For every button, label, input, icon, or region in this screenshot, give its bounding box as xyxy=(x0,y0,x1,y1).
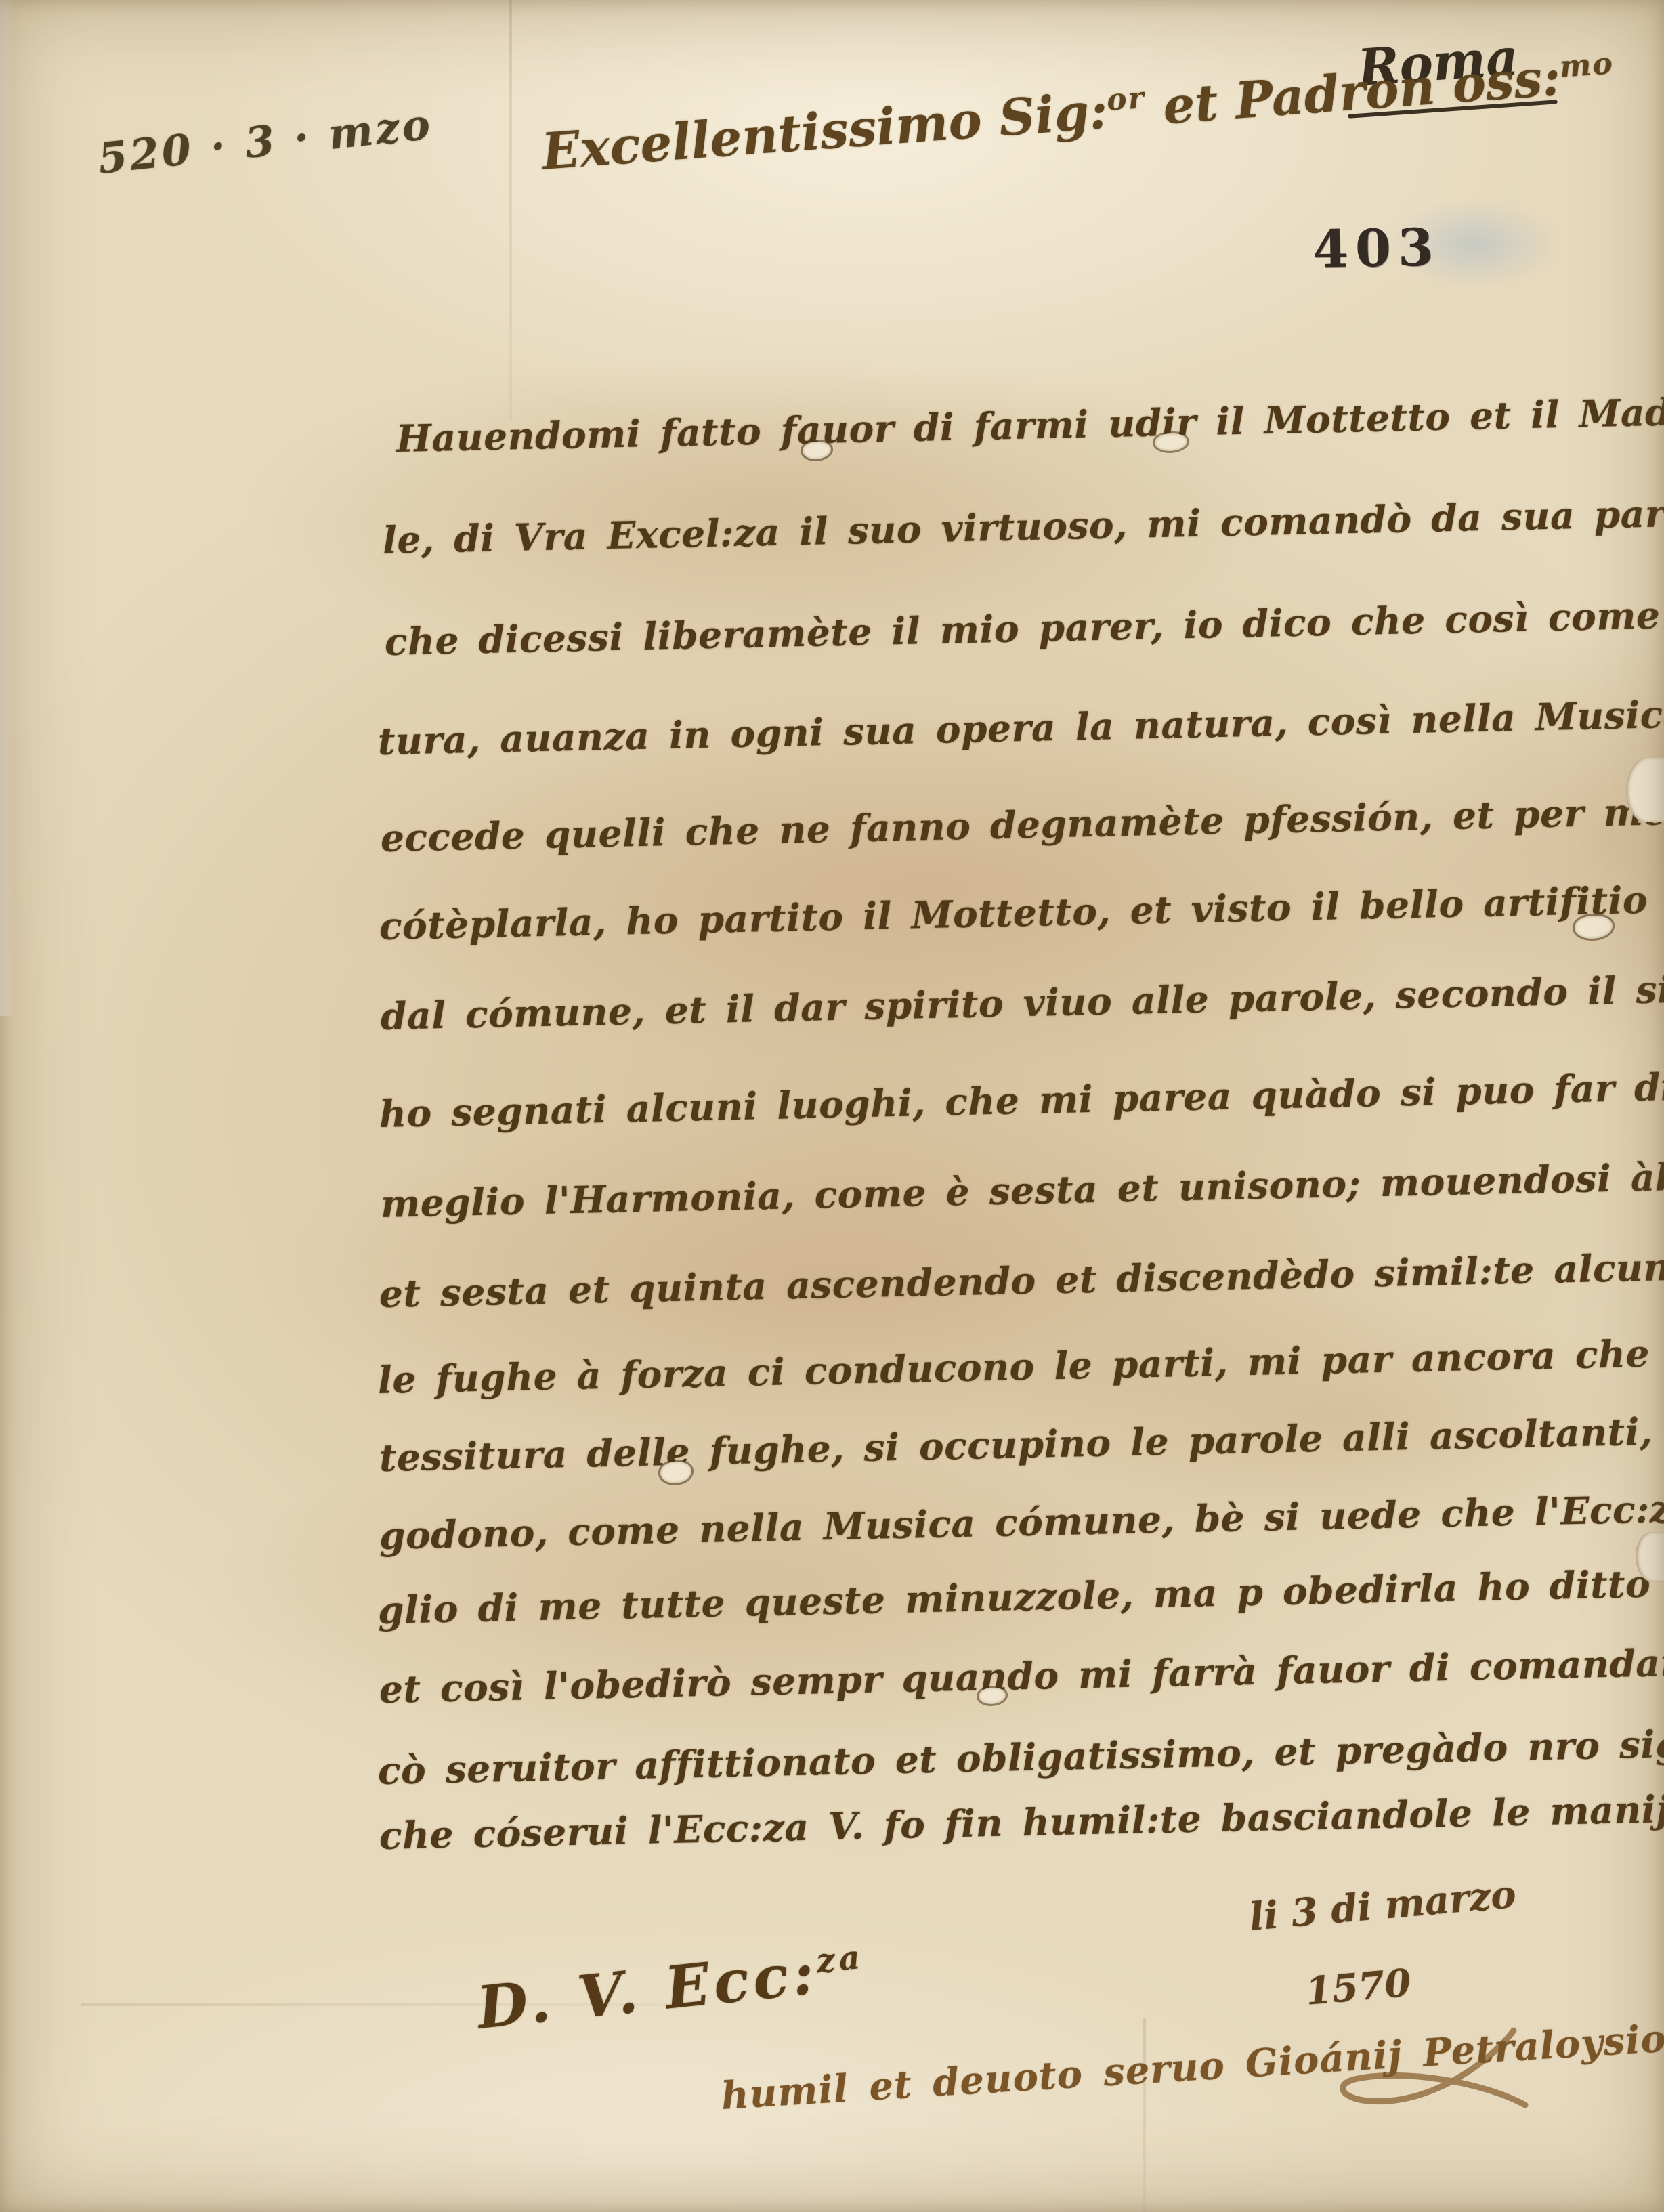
ink-corrosion-spot xyxy=(803,442,831,459)
body-line: cótèplarla, ho partito il Mottetto, et v… xyxy=(379,874,1664,948)
valediction: D. V. Ecc:za xyxy=(474,1934,869,2043)
body-line: tura, auanza in ogni sua opera la natura… xyxy=(377,692,1664,763)
body-line: che dicessi liberamète il mio parer, io … xyxy=(384,593,1661,664)
dateline-day-month: li 3 di marzo xyxy=(1247,1872,1518,1940)
manuscript-letter-page: 520 · 3 · mzo Roma Excellentissimo Sig:o… xyxy=(0,0,1664,2212)
archival-number-annotation: 520 · 3 · mzo xyxy=(95,99,435,183)
body-line: Hauendomi fatto fauor di farmi udir il M… xyxy=(396,388,1664,461)
ink-corrosion-spot xyxy=(1575,916,1613,939)
salutation-text-1: Excellentissimo Sig: xyxy=(540,82,1110,182)
salutation-text-2: et Padron oss: xyxy=(1144,49,1563,137)
salutation-superscript-2: mo xyxy=(1558,46,1615,85)
valediction-text: D. V. Ecc: xyxy=(474,1938,822,2042)
salutation-line: Excellentissimo Sig:or et Padron oss:mo xyxy=(540,45,1617,182)
ink-corrosion-spot xyxy=(1155,433,1187,451)
torn-edge-chip xyxy=(1626,757,1664,822)
body-line: glio di me tutte queste minuzzole, ma p … xyxy=(377,1559,1664,1632)
ink-corrosion-spot xyxy=(979,1688,1006,1704)
body-line: et sesta et quinta ascendendo et discend… xyxy=(379,1239,1664,1316)
folio-number-stamp: 403 xyxy=(1312,217,1441,279)
body-line: eccede quelli che ne fanno degnamète pfe… xyxy=(380,788,1664,860)
body-line: godono, come nella Musica cómune, bè si … xyxy=(379,1481,1664,1558)
body-line: tessitura delle fughe, si occupino le pa… xyxy=(379,1405,1664,1480)
body-line: dal cómune, et il dar spirito viuo alle … xyxy=(380,963,1664,1038)
ink-corrosion-spot xyxy=(660,1462,691,1483)
body-line: che cóserui l'Ecc:za V. fo fin humil:te … xyxy=(379,1783,1664,1858)
fold-crease-vertical xyxy=(509,0,512,420)
body-line: cò seruitor affittionato et obligatissim… xyxy=(377,1720,1664,1793)
body-line: le fughe à forza ci conducono le parti, … xyxy=(377,1325,1664,1402)
body-line: ho segnati alcuni luoghi, che mi parea q… xyxy=(379,1059,1664,1136)
body-line: et così l'obedirò sempr quando mi farrà … xyxy=(379,1638,1664,1711)
salutation-superscript-1: or xyxy=(1105,81,1146,118)
scan-edge-highlight xyxy=(0,0,14,1016)
valediction-superscript: za xyxy=(815,1938,866,1980)
body-line: meglio l'Harmonia, come è sesta et uniso… xyxy=(380,1150,1664,1226)
body-line: le, di Vra Excel:za il suo virtuoso, mi … xyxy=(382,490,1664,562)
dateline-year: 1570 xyxy=(1304,1961,1413,2014)
